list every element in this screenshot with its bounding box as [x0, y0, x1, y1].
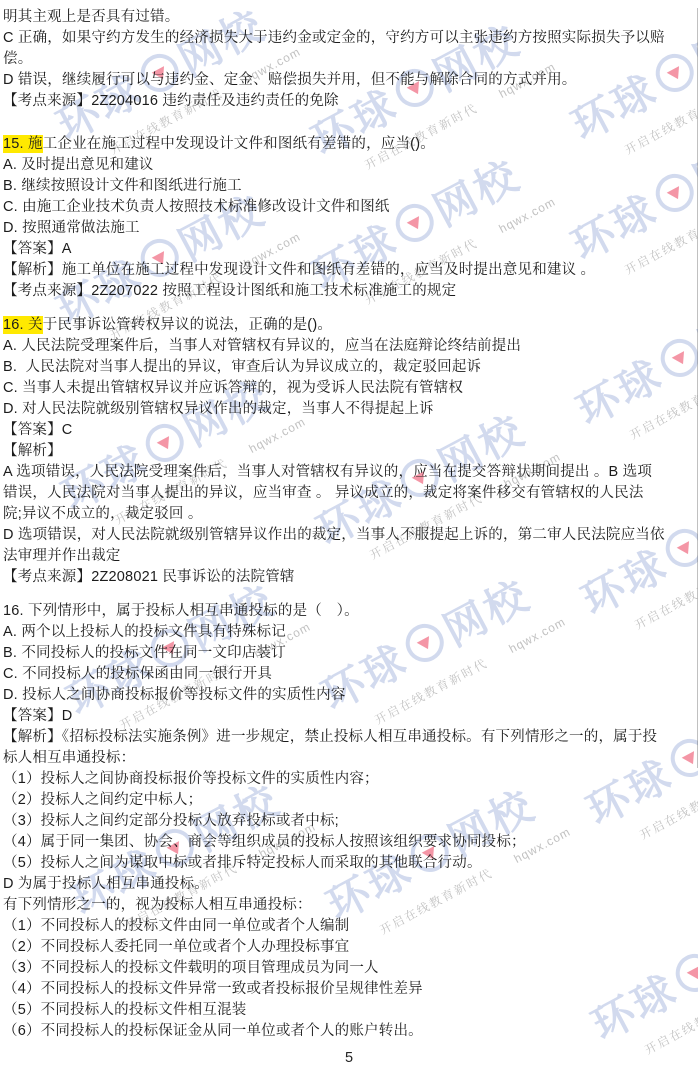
- text-line: （2）不同投标人委托同一单位或者个人办理投标事宜: [3, 937, 696, 958]
- text-line: 偿。: [3, 49, 696, 70]
- page-footer: 5: [0, 1049, 698, 1067]
- text-line: 16. 下列情形中，属于投标人相互串通投标的是（ ）。: [3, 601, 696, 622]
- text-line: （1）不同投标人的投标文件由同一单位或者个人编制: [3, 916, 696, 937]
- highlight: 16. 关: [3, 316, 43, 334]
- text-line: （1）投标人之间协商投标报价等投标文件的实质性内容；: [3, 769, 696, 790]
- text-line: C. 由施工企业技术负责人按照技术标准修改设计文件和图纸: [3, 197, 696, 218]
- exam-content: 明其主观上是否具有过错。C 正确，如果守约方发生的经济损失大于违约金或定金的，守…: [0, 0, 698, 1080]
- section-question-15: 15. 施工企业在施工过程中发现设计文件和图纸有差错的，应当()。A. 及时提出…: [3, 134, 696, 302]
- text-line: A. 人民法院受理案件后，当事人对管辖权有异议的，应当在法庭辩论终结前提出: [3, 336, 696, 357]
- text-line: （6）不同投标人的投标保证金从同一单位或者个人的账户转出。: [3, 1021, 696, 1042]
- text-line: D 选项错误，对人民法院就级别管辖异议作出的裁定，当事人不服提起上诉的，第二审人…: [3, 525, 696, 546]
- text-line: 【考点来源】2Z204016 违约责任及违约责任的免除: [3, 91, 696, 112]
- text-line: （4）不同投标人的投标文件异常一致或者投标报价呈规律性差异: [3, 979, 696, 1000]
- text-line: A 选项错误，人民法院受理案件后，当事人对管辖权有异议的，应当在提交答辩状期间提…: [3, 462, 696, 483]
- line-text: 工企业在施工过程中发现设计文件和图纸有差错的，应当()。: [43, 136, 435, 152]
- highlight: 15. 施: [3, 135, 43, 153]
- line-text: 于民事诉讼管转权异议的说法，正确的是()。: [43, 317, 332, 333]
- text-line: A. 及时提出意见和建议: [3, 155, 696, 176]
- text-line: 16. 关于民事诉讼管转权异议的说法，正确的是()。: [3, 315, 696, 336]
- text-line: 【解析】: [3, 441, 696, 462]
- section-prev-question-tail: 明其主观上是否具有过错。C 正确，如果守约方发生的经济损失大于违约金或定金的，守…: [3, 7, 696, 112]
- text-line: 【答案】D: [3, 706, 696, 727]
- text-line: （2）投标人之间约定中标人；: [3, 790, 696, 811]
- text-line: 明其主观上是否具有过错。: [3, 7, 696, 28]
- page-number: 5: [345, 1050, 353, 1066]
- text-line: 法审理并作出裁定: [3, 546, 696, 567]
- text-line: D 错误，继续履行可以与违约金、定金、赔偿损失并用，但不能与解除合同的方式并用。: [3, 70, 696, 91]
- text-line: B. 继续按照设计文件和图纸进行施工: [3, 176, 696, 197]
- text-line: C. 当事人未提出管辖权异议并应诉答辩的，视为受诉人民法院有管辖权: [3, 378, 696, 399]
- text-line: B. 不同投标人的投标文件在同一文印店装订: [3, 643, 696, 664]
- section-question-16-bid-collusion: 16. 下列情形中，属于投标人相互串通投标的是（ ）。A. 两个以上投标人的投标…: [3, 601, 696, 1042]
- text-line: 【解析】《招标投标法实施条例》进一步规定，禁止投标人相互串通投标。有下列情形之一…: [3, 727, 696, 748]
- text-line: C. 不同投标人的投标保函由同一银行开具: [3, 664, 696, 685]
- text-line: B. 人民法院对当事人提出的异议，审查后认为异议成立的，裁定驳回起诉: [3, 357, 696, 378]
- text-line: 有下列情形之一的，视为投标人相互串通投标：: [3, 895, 696, 916]
- text-line: （3）投标人之间约定部分投标人放弃投标或者中标;: [3, 811, 696, 832]
- text-line: （5）不同投标人的投标文件相互混装: [3, 1000, 696, 1021]
- text-line: 标人相互串通投标：: [3, 748, 696, 769]
- text-line: 【考点来源】2Z208021 民事诉讼的法院管辖: [3, 567, 696, 588]
- section-question-16-jurisdiction: 16. 关于民事诉讼管转权异议的说法，正确的是()。A. 人民法院受理案件后，当…: [3, 315, 696, 588]
- text-line: D. 对人民法院就级别管辖权异议作出的裁定，当事人不得提起上诉: [3, 399, 696, 420]
- text-line: D 为属于投标人相互串通投标。: [3, 874, 696, 895]
- text-line: （4）属于同一集团、协会、商会等组织成员的投标人按照该组织要求协同投标；: [3, 832, 696, 853]
- text-line: （3）不同投标人的投标文件载明的项目管理成员为同一人: [3, 958, 696, 979]
- text-line: 【答案】C: [3, 420, 696, 441]
- text-line: 【答案】A: [3, 239, 696, 260]
- text-line: 【考点来源】2Z207022 按照工程设计图纸和施工技术标准施工的规定: [3, 281, 696, 302]
- text-line: （5）投标人之间为谋取中标或者排斥特定投标人而采取的其他联合行动。: [3, 853, 696, 874]
- text-line: 【解析】施工单位在施工过程中发现设计文件和图纸有差错的，应当及时提出意见和建议 …: [3, 260, 696, 281]
- text-line: 错误，人民法院对当事人提出的异议，应当审查 。 异议成立的，裁定将案件移交有管辖…: [3, 483, 696, 504]
- text-line: D. 投标人之间协商投标报价等投标文件的实质性内容: [3, 685, 696, 706]
- text-line: A. 两个以上投标人的投标文件具有特殊标记: [3, 622, 696, 643]
- text-line: C 正确，如果守约方发生的经济损失大于违约金或定金的，守约方可以主张违约方按照实…: [3, 28, 696, 49]
- text-line: D. 按照通常做法施工: [3, 218, 696, 239]
- text-line: 15. 施工企业在施工过程中发现设计文件和图纸有差错的，应当()。: [3, 134, 696, 155]
- text-line: 院;异议不成立的，裁定驳回 。: [3, 504, 696, 525]
